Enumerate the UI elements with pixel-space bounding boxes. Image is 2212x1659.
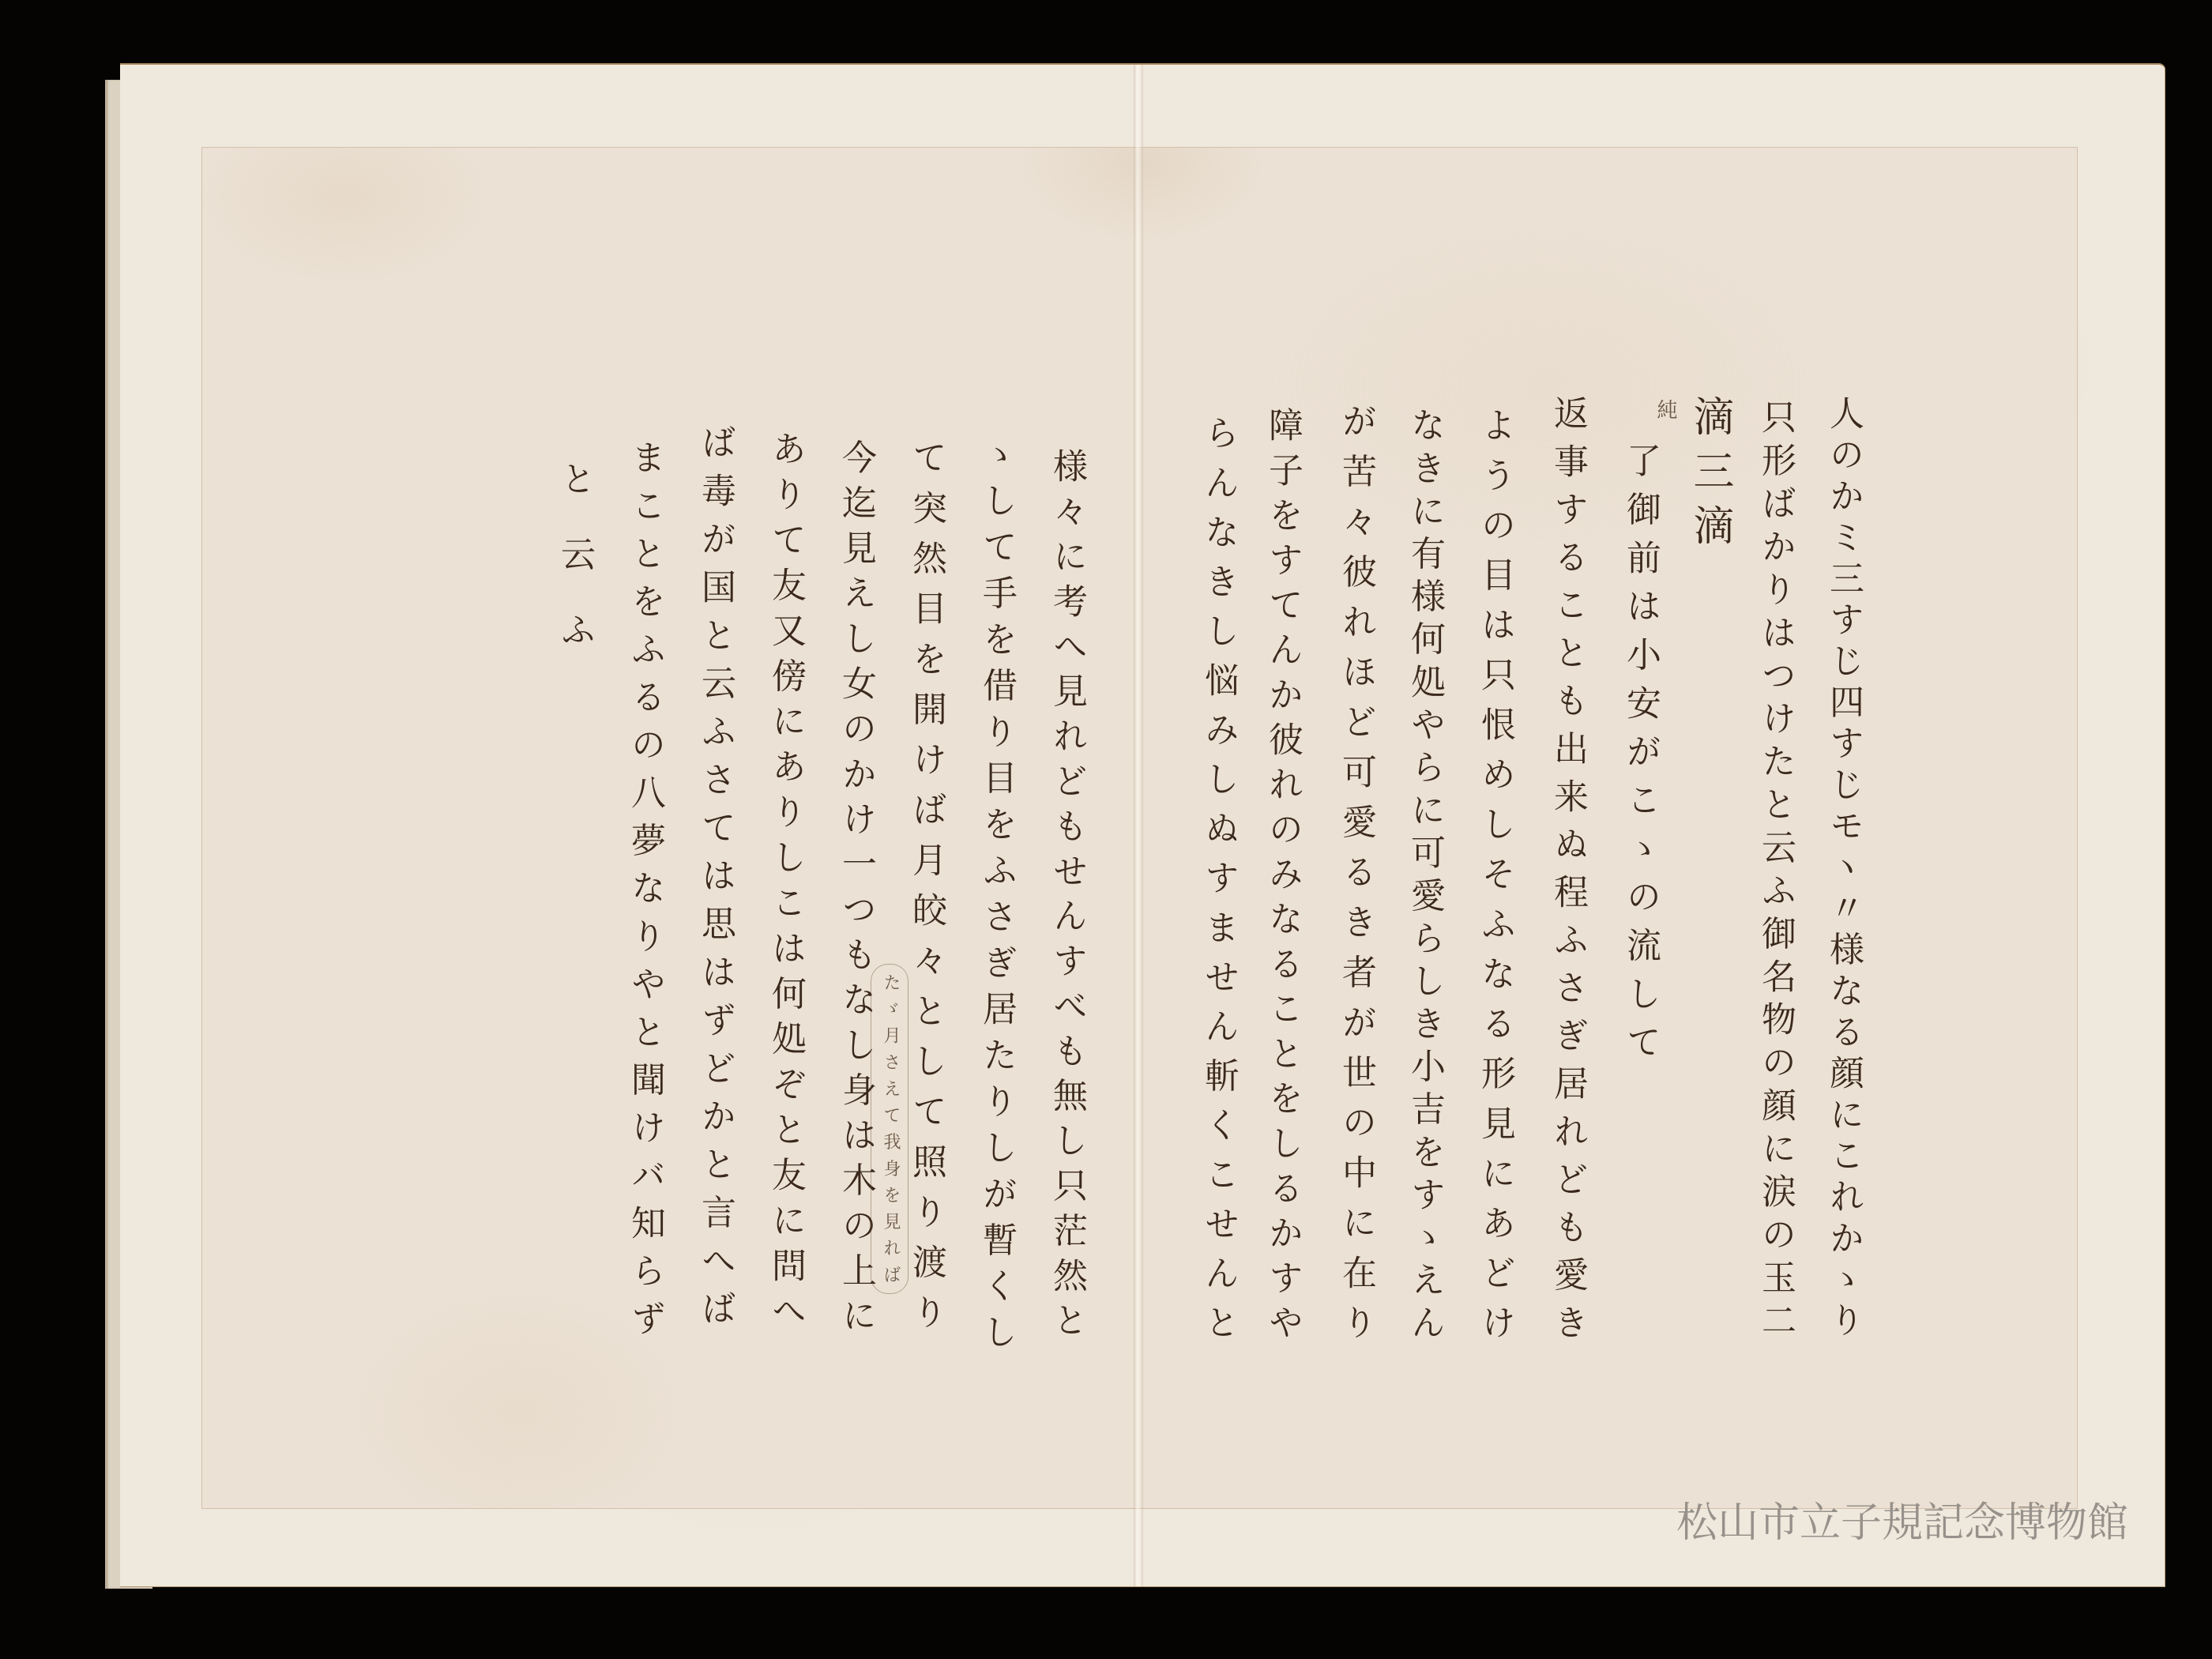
text-column: 人のかミ三すじ四すじモヽ〃様なる顔にこれかゝり <box>1818 395 1868 1337</box>
text-column: らんなきし悩みしぬすません斬くこせんと <box>1193 415 1243 1339</box>
center-fold <box>1134 65 1143 1586</box>
text-column: ば毒が国と云ふさては思はずどかと言へば <box>690 424 740 1325</box>
text-column: ありて友又傍にありしこは何処ぞと友に問へ <box>760 431 811 1327</box>
text-column: 返事することも出来ぬ程ふさぎ居れども愛き <box>1542 395 1593 1339</box>
text-column: 只形ばかりはつけたと云ふ御名物の顔に涙の玉二 <box>1750 399 1800 1337</box>
text-column: まことをふるの八夢なりやと聞けバ知らず <box>619 439 670 1335</box>
text-column: と云ふ <box>549 461 600 646</box>
text-column: ようの目は只恨めしそふなる形見にあどけ <box>1469 407 1520 1339</box>
text-column: なきに有様何処やらに可愛らしき小吉をすゝえん <box>1399 407 1450 1339</box>
text-column: 滴三滴 <box>1684 395 1735 545</box>
text-column: 了御前は小安がこゝの流して <box>1615 442 1665 1059</box>
text-column: が苦々彼れほど可愛るき者が世の中に在り <box>1330 403 1381 1339</box>
interlinear-note: たゞ月さえて我身を見れば <box>878 973 902 1283</box>
text-column: 障子をすてんか彼れのみなることをしるかすや <box>1257 407 1307 1339</box>
text-column: ゝして手を借り目をふさぎ居たりしが暫くし <box>971 436 1021 1349</box>
margin-note: 純 <box>1653 399 1678 419</box>
museum-watermark: 松山市立子規記念博物館 <box>1676 1499 2128 1547</box>
text-column: 様々に考へ見れどもせんすべも無し只茫然と <box>1041 448 1092 1337</box>
